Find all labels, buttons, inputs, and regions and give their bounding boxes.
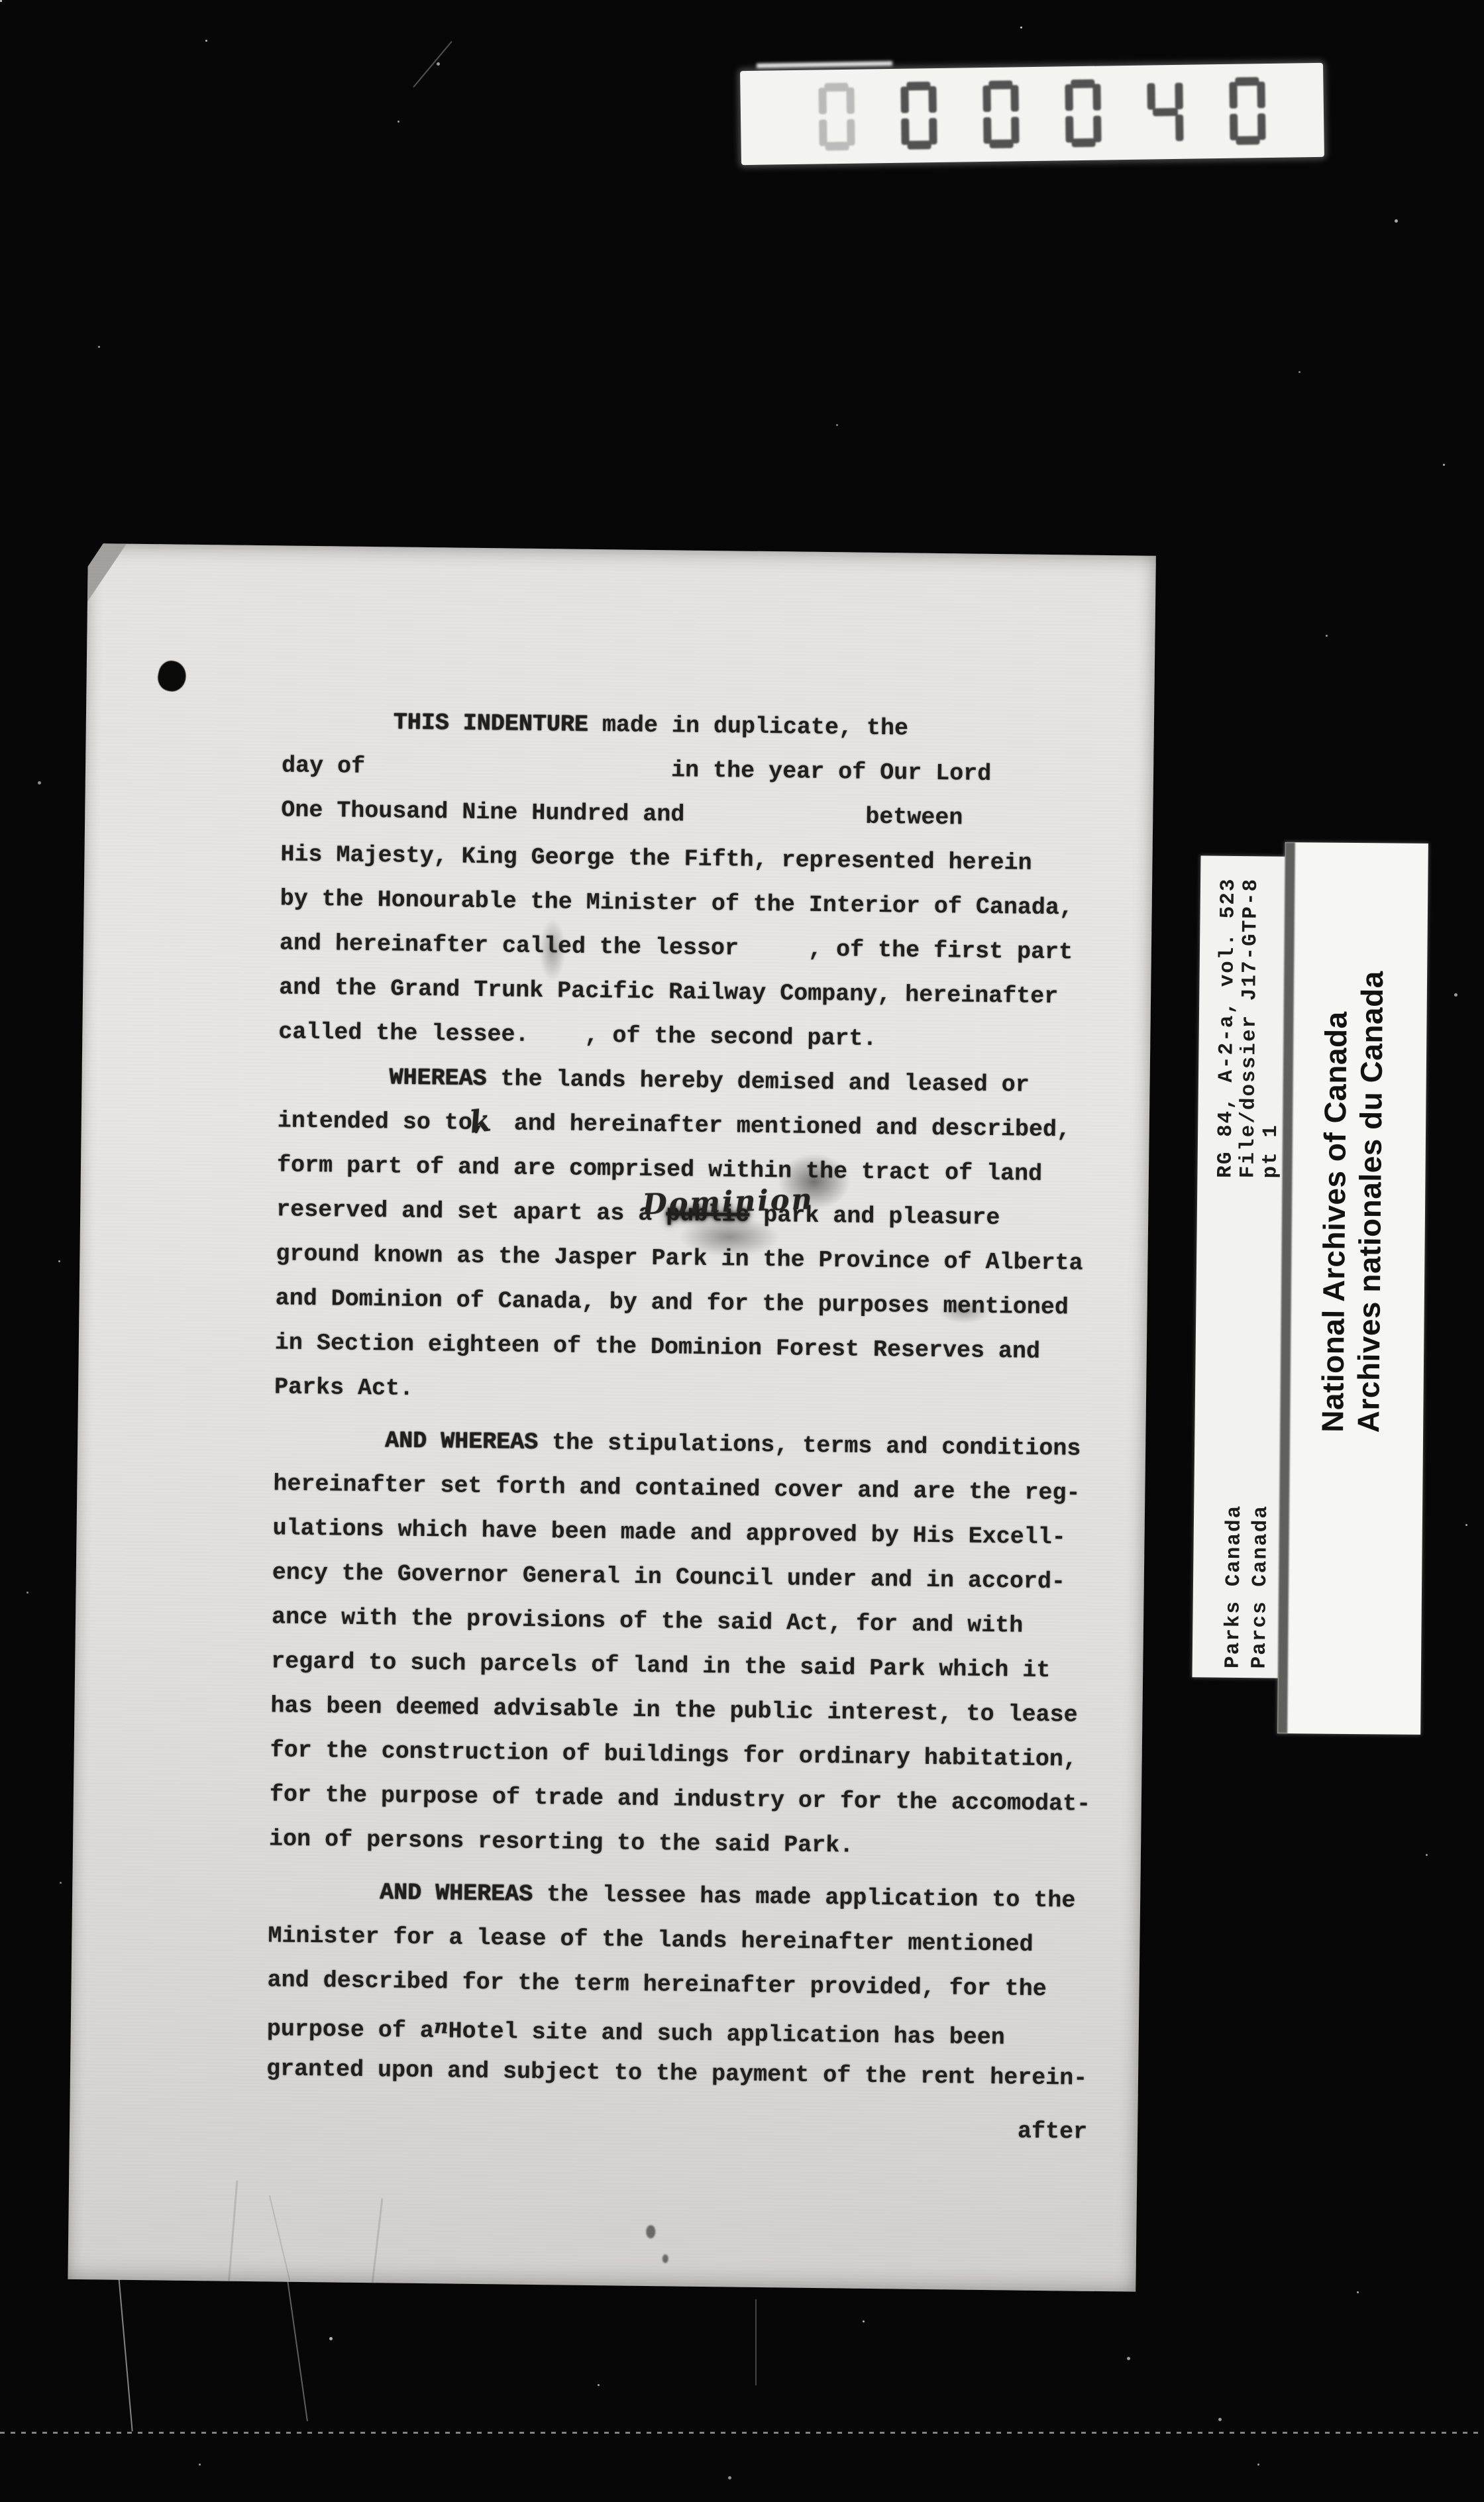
film-scratch: [287, 2280, 308, 2421]
document-text-segment: [268, 1878, 380, 1906]
document-text-segment: ance with the provisions of the said Act…: [272, 1604, 1024, 1639]
document-text-segment: for the purpose of trade and industry or…: [270, 1781, 1091, 1817]
frame-counter: [740, 63, 1324, 165]
document-text-segment: by the Honourable the Minister of the In…: [280, 885, 1074, 921]
document-text-segment: One Thousand Nine Hundred and between: [281, 796, 963, 831]
document-text-segment: ion of persons resorting to the said Par…: [269, 1825, 854, 1859]
film-dust-specks: [0, 0, 2, 2]
document-text-segment: and the Grand Trunk Pacific Railway Comp…: [279, 974, 1059, 1010]
film-scratch-dotted-line: [0, 2432, 1484, 2434]
digit-segment: [1235, 77, 1259, 86]
document-text-segment: intended so to, and hereinafter mentione…: [278, 1107, 1071, 1143]
digit-segment: [1065, 84, 1073, 111]
handwritten-word-dominion: Dominion: [642, 1183, 815, 1221]
document-text-segment: after: [1018, 2118, 1087, 2146]
document-text-segment: THIS INDENTURE: [394, 709, 589, 737]
document-text-segment: has been deemed advisable in the public …: [270, 1692, 1078, 1728]
document-text-segment: [278, 1063, 389, 1091]
document-text-segment: purpose of a: [267, 2016, 434, 2044]
digit-segment: [1236, 136, 1260, 145]
digit-segment: [1147, 83, 1155, 109]
digit-segment: [906, 82, 930, 91]
archival-reference-line: pt 1: [1259, 867, 1285, 1178]
document-text-segment: WHEREAS: [389, 1064, 486, 1092]
parks-canada-line: Parcs Canada: [1247, 1503, 1275, 1668]
digit-segment: [1065, 116, 1074, 142]
digit-segment: [1071, 80, 1094, 89]
document-text-segment: made in duplicate, the: [588, 712, 909, 742]
film-scratch: [755, 2299, 757, 2385]
document-text-segment: [282, 708, 394, 735]
parks-canada-line: Parks Canada: [1220, 1503, 1249, 1668]
document-text-segment: for the construction of buildings for or…: [270, 1737, 1077, 1772]
film-scratch: [413, 41, 452, 87]
national-archives-strip: National Archives of Canada Archives nat…: [1277, 842, 1428, 1735]
document-text-segment: form part of and are comprised within th…: [277, 1152, 1043, 1187]
document-text-segment: Parks Act.: [274, 1374, 414, 1401]
film-light-streak: [757, 61, 892, 68]
digit-segment: [1072, 138, 1096, 148]
document-text-segment: n: [434, 2015, 449, 2038]
counter-digit: [900, 82, 937, 150]
document-text-segment: AND WHEREAS: [385, 1427, 538, 1456]
document-text-segment: regard to such parcels of land in the sa…: [271, 1648, 1051, 1684]
document-text-segment: hereinafter set forth and contained cove…: [273, 1470, 1081, 1506]
digit-segment: [1175, 115, 1184, 141]
digit-segment: [1230, 114, 1238, 140]
digit-segment: [908, 140, 931, 150]
parks-canada-label: Parks Canada Parcs Canada: [1220, 1503, 1275, 1669]
national-archives-label: National Archives of Canada Archives nat…: [1314, 949, 1390, 1433]
paper-crease: [228, 2181, 238, 2281]
counter-digit: [818, 83, 855, 151]
archival-reference-label: RG 84, A-2-a, vol. 523 File/dossier J17-…: [1214, 867, 1285, 1179]
national-archives-line: Archives nationales du Canada: [1350, 949, 1390, 1433]
document-text-segment: ency the Governor General in Council und…: [272, 1559, 1066, 1595]
document-text-segment: [274, 1426, 385, 1454]
document-text-segment: AND WHEREAS: [380, 1879, 533, 1908]
document-text-segment: reserved and set apart as a: [276, 1196, 666, 1227]
document-text-segment: Minister for a lease of the lands herein…: [268, 1922, 1033, 1958]
document-line: after: [266, 2100, 1088, 2154]
microfilm-frame: THIS INDENTURE made in duplicate, theday…: [0, 0, 1484, 2502]
digit-segment: [825, 142, 849, 151]
archival-label-strip: RG 84, A-2-a, vol. 523 File/dossier J17-…: [1192, 855, 1287, 1678]
digit-segment: [818, 87, 827, 114]
document-page: THIS INDENTURE made in duplicate, theday…: [68, 543, 1156, 2292]
paper-crease: [269, 2195, 290, 2281]
digit-segment: [1229, 82, 1238, 109]
digit-segment: [900, 87, 909, 113]
hole-punch-mark: [155, 658, 189, 694]
document-text-segment: ground known as the Jasper Park in the P…: [276, 1240, 1083, 1276]
counter-digit: [1147, 78, 1183, 146]
document-text-segment: day of in the year of Our Lord: [282, 752, 992, 787]
digit-segment: [928, 86, 937, 113]
digit-segment: [988, 80, 1012, 89]
document-text-segment: granted upon and subject to the payment …: [266, 2055, 1088, 2091]
document-text-segment: ulations which have been made and approv…: [272, 1515, 1066, 1550]
handwritten-insertion-k: k: [468, 1102, 493, 1140]
digit-segment: [1092, 84, 1101, 111]
paper-fleck: [662, 2254, 668, 2263]
counter-digit: [982, 80, 1019, 148]
digit-segment: [1153, 108, 1178, 117]
document-text-segment: and hereinafter called the lessor , of t…: [280, 930, 1073, 965]
digit-segment: [1010, 85, 1019, 111]
digit-segment: [1175, 83, 1183, 109]
digit-segment: [982, 85, 991, 112]
counter-digit: [1065, 80, 1101, 148]
paper-fleck: [646, 2225, 655, 2238]
document-text-segment: the lands hereby demised and leased or: [486, 1065, 1030, 1099]
document-text-segment: the stipulations, terms and conditions: [538, 1429, 1081, 1462]
document-text-segment: and described for the term hereinafter p…: [267, 1967, 1047, 2002]
typewritten-text: THIS INDENTURE made in duplicate, theday…: [266, 699, 1104, 2154]
digit-segment: [901, 119, 910, 145]
digit-segment: [824, 83, 848, 92]
digit-segment: [990, 139, 1014, 148]
document-line: granted upon and subject to the payment …: [266, 2047, 1088, 2100]
counter-digit: [1229, 77, 1265, 145]
document-text-segment: Hotel site and such application has been: [448, 2018, 1005, 2051]
document-text-segment: in Section eighteen of the Dominion Fore…: [275, 1329, 1041, 1365]
digit-segment: [983, 117, 992, 144]
document-text-segment: the lessee has made application to the: [533, 1881, 1076, 1914]
digit-segment: [846, 87, 855, 114]
digit-segment: [819, 119, 827, 146]
paper-crease: [372, 2199, 384, 2283]
document-text-segment: His Majesty, King George the Fifth, repr…: [280, 841, 1032, 876]
national-archives-line: National Archives of Canada: [1314, 949, 1354, 1433]
document-text-segment: called the lessee. , of the second part.: [278, 1018, 877, 1052]
counter-digits: [818, 77, 1265, 150]
digit-segment: [1257, 82, 1265, 108]
document-text-segment: and Dominion of Canada, by and for the p…: [275, 1285, 1069, 1321]
